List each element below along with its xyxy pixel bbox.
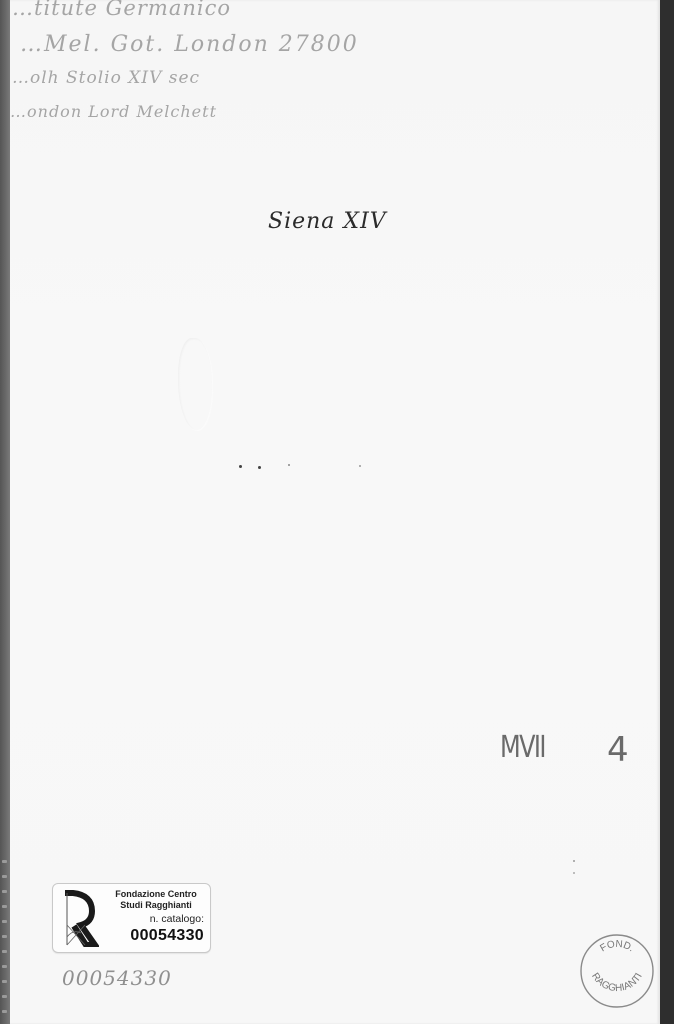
lower-right-number: 4 bbox=[607, 730, 630, 770]
lower-right-inscription: MVII bbox=[500, 730, 545, 765]
organization-name: Fondazione Centro Studi Ragghianti bbox=[105, 889, 207, 911]
note-line-3: …olh Stolio XIV sec bbox=[12, 68, 200, 88]
fond-ragghianti-stamp-icon: FOND. RAGGHIANTI bbox=[579, 933, 655, 1009]
handwritten-catalog-number: 00054330 bbox=[62, 966, 172, 990]
ragghianti-r-logo-icon bbox=[59, 889, 99, 947]
note-line-4: …ondon Lord Melchett bbox=[10, 102, 217, 121]
photo-verso-sheet: …titute Germanico …Mel. Got. London 2780… bbox=[10, 0, 660, 1024]
catalog-label: Fondazione Centro Studi Ragghianti n. ca… bbox=[52, 883, 211, 953]
scanner-edge-right bbox=[660, 0, 674, 1024]
paper-emboss-mark bbox=[178, 338, 212, 430]
svg-text:FOND.: FOND. bbox=[598, 939, 636, 955]
note-line-2: …Mel. Got. London 27800 bbox=[20, 32, 359, 57]
center-inscription: Siena XIV bbox=[268, 209, 387, 234]
note-line-1: …titute Germanico bbox=[12, 0, 231, 20]
scanner-edge-left bbox=[0, 0, 10, 1024]
catalog-label-text: n. catalogo: bbox=[150, 913, 204, 925]
svg-text:RAGGHIANTI: RAGGHIANTI bbox=[589, 971, 645, 994]
catalog-number: 00054330 bbox=[130, 927, 204, 945]
